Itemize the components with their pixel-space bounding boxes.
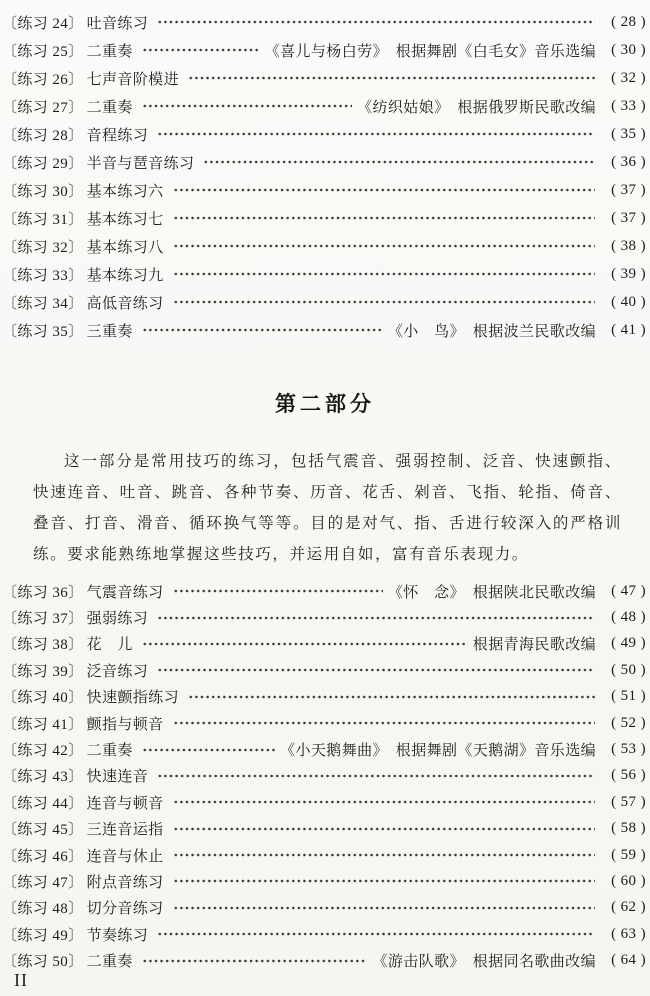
- toc-dot-leader: [142, 44, 260, 56]
- toc-entry-title: 高低音练习: [87, 292, 164, 313]
- toc-entry-title: 半音与琶音练习: [87, 152, 195, 173]
- toc-entry-page: ( 64 ): [600, 952, 646, 969]
- toc-dot-leader: [142, 324, 383, 336]
- toc-entry-page: ( 37 ): [600, 210, 646, 227]
- toc-entry-page: ( 60 ): [600, 873, 646, 890]
- toc-entry: 〔练习 42〕 二重奏 《小天鹅舞曲》 根据舞剧《天鹅湖》音乐选编 ( 53 ): [0, 736, 650, 762]
- toc-entry-title: 快速颤指练习: [87, 686, 179, 707]
- toc-entry-page: ( 51 ): [600, 688, 646, 705]
- toc-dot-leader: [142, 100, 352, 112]
- toc-entry-number: 〔练习 28〕: [2, 124, 84, 145]
- toc-dot-leader: [157, 928, 595, 940]
- toc-entry-page: ( 62 ): [600, 899, 646, 916]
- toc-entry-annotation: 《怀 念》 根据陕北民歌改编: [388, 581, 596, 602]
- toc-entry: 〔练习 46〕 连音与休止 ( 59 ): [0, 842, 650, 868]
- toc-dot-leader: [188, 691, 595, 703]
- section-intro-paragraph: 这一部分是常用技巧的练习，包括气震音、强弱控制、泛音、快速颤指、快速连音、吐音、…: [33, 446, 622, 570]
- toc-entry-title: 基本练习六: [87, 180, 164, 201]
- toc-entry: 〔练习 28〕 音程练习 ( 35 ): [0, 120, 650, 148]
- toc-entry-page: ( 57 ): [600, 794, 646, 811]
- toc-entry-annotation: 《纺织姑娘》 根据俄罗斯民歌改编: [357, 96, 596, 117]
- toc-entry-title: 三重奏: [87, 320, 133, 341]
- toc-dot-leader: [157, 770, 595, 782]
- toc-dot-leader: [142, 955, 368, 967]
- toc-dot-leader: [173, 796, 595, 808]
- toc-entry-page: ( 41 ): [600, 322, 646, 339]
- toc-entry-page: ( 56 ): [600, 767, 646, 784]
- toc-entry-number: 〔练习 49〕: [2, 924, 84, 945]
- toc-entry-page: ( 36 ): [600, 154, 646, 171]
- toc-entry-title: 气震音练习: [87, 581, 164, 602]
- toc-dot-leader: [203, 156, 595, 168]
- toc-entry-number: 〔练习 39〕: [2, 660, 84, 681]
- toc-entry-number: 〔练习 47〕: [2, 871, 84, 892]
- toc-entry-title: 连音与休止: [87, 845, 164, 866]
- toc-entry-annotation: 《小 鸟》 根据波兰民歌改编: [388, 320, 596, 341]
- toc-entry-title: 节奏练习: [87, 924, 149, 945]
- toc-dot-leader: [173, 823, 595, 835]
- toc-entry-title: 泛音练习: [87, 660, 149, 681]
- toc-entry: 〔练习 49〕 节奏练习 ( 63 ): [0, 921, 650, 947]
- toc-entry-annotation: 《游击队歌》 根据同名歌曲改编: [372, 950, 596, 971]
- toc-entry: 〔练习 27〕 二重奏 《纺织姑娘》 根据俄罗斯民歌改编 ( 33 ): [0, 92, 650, 120]
- toc-entry-page: ( 40 ): [600, 294, 646, 311]
- toc-entry-title: 基本练习九: [87, 264, 164, 285]
- toc-dot-leader: [173, 296, 595, 308]
- toc-entry-number: 〔练习 33〕: [2, 264, 84, 285]
- toc-entry-page: ( 35 ): [600, 126, 646, 143]
- book-page: 〔练习 24〕 吐音练习 ( 28 ) 〔练习 25〕 二重奏 《喜儿与杨白劳》…: [0, 0, 650, 996]
- toc-entry: 〔练习 44〕 连音与顿音 ( 57 ): [0, 789, 650, 815]
- toc-entry-page: ( 52 ): [600, 715, 646, 732]
- toc-entry: 〔练习 37〕 强弱练习 ( 48 ): [0, 604, 650, 630]
- toc-dot-leader: [173, 875, 595, 887]
- toc-entry-number: 〔练习 38〕: [2, 633, 84, 654]
- toc-part1-list: 〔练习 24〕 吐音练习 ( 28 ) 〔练习 25〕 二重奏 《喜儿与杨白劳》…: [0, 0, 650, 344]
- toc-entry: 〔练习 32〕 基本练习八 ( 38 ): [0, 232, 650, 260]
- toc-entry: 〔练习 45〕 三连音运指 ( 58 ): [0, 816, 650, 842]
- toc-entry: 〔练习 36〕 气震音练习 《怀 念》 根据陕北民歌改编 ( 47 ): [0, 578, 650, 604]
- toc-entry-page: ( 28 ): [600, 14, 646, 31]
- toc-entry-number: 〔练习 34〕: [2, 292, 84, 313]
- toc-entry-number: 〔练习 42〕: [2, 739, 84, 760]
- toc-entry: 〔练习 50〕 二重奏 《游击队歌》 根据同名歌曲改编 ( 64 ): [0, 947, 650, 973]
- toc-entry-page: ( 59 ): [600, 847, 646, 864]
- toc-entry-number: 〔练习 27〕: [2, 96, 84, 117]
- toc-dot-leader: [173, 849, 595, 861]
- toc-dot-leader: [157, 128, 595, 140]
- toc-entry: 〔练习 24〕 吐音练习 ( 28 ): [0, 8, 650, 36]
- toc-entry: 〔练习 35〕 三重奏 《小 鸟》 根据波兰民歌改编 ( 41 ): [0, 316, 650, 344]
- toc-entry: 〔练习 41〕 颤指与顿音 ( 52 ): [0, 710, 650, 736]
- toc-entry-title: 连音与顿音: [87, 792, 164, 813]
- toc-entry-title: 快速连音: [87, 765, 149, 786]
- toc-dot-leader: [173, 268, 595, 280]
- toc-entry-page: ( 33 ): [600, 98, 646, 115]
- page-number-footer: II: [14, 970, 28, 991]
- toc-entry: 〔练习 34〕 高低音练习 ( 40 ): [0, 288, 650, 316]
- toc-entry-title: 二重奏: [87, 739, 133, 760]
- toc-entry-title: 音程练习: [87, 124, 149, 145]
- toc-entry-title: 吐音练习: [87, 12, 149, 33]
- toc-dot-leader: [157, 612, 595, 624]
- toc-entry-number: 〔练习 30〕: [2, 180, 84, 201]
- toc-entry-number: 〔练习 37〕: [2, 607, 84, 628]
- toc-entry-title: 基本练习七: [87, 208, 164, 229]
- toc-entry-number: 〔练习 40〕: [2, 686, 84, 707]
- toc-entry-number: 〔练习 50〕: [2, 950, 84, 971]
- toc-entry: 〔练习 47〕 附点音练习 ( 60 ): [0, 868, 650, 894]
- toc-entry: 〔练习 43〕 快速连音 ( 56 ): [0, 763, 650, 789]
- toc-entry: 〔练习 33〕 基本练习九 ( 39 ): [0, 260, 650, 288]
- toc-entry-title: 二重奏: [87, 950, 133, 971]
- toc-entry-number: 〔练习 26〕: [2, 68, 84, 89]
- toc-part2-list: 〔练习 36〕 气震音练习 《怀 念》 根据陕北民歌改编 ( 47 ) 〔练习 …: [0, 578, 650, 974]
- toc-entry-page: ( 47 ): [600, 583, 646, 600]
- toc-entry-page: ( 32 ): [600, 70, 646, 87]
- toc-dot-leader: [173, 240, 595, 252]
- toc-entry: 〔练习 31〕 基本练习七 ( 37 ): [0, 204, 650, 232]
- toc-entry-title: 花 儿: [87, 633, 133, 654]
- toc-entry-annotation: 《喜儿与杨白劳》 根据舞剧《白毛女》音乐选编: [265, 40, 596, 61]
- toc-entry: 〔练习 39〕 泛音练习 ( 50 ): [0, 657, 650, 683]
- toc-entry-number: 〔练习 35〕: [2, 320, 84, 341]
- toc-dot-leader: [142, 744, 275, 756]
- toc-dot-leader: [157, 16, 595, 28]
- toc-entry-title: 二重奏: [87, 96, 133, 117]
- toc-dot-leader: [157, 664, 595, 676]
- toc-entry-page: ( 49 ): [600, 635, 646, 652]
- toc-entry-page: ( 58 ): [600, 820, 646, 837]
- toc-entry-number: 〔练习 41〕: [2, 713, 84, 734]
- toc-entry-number: 〔练习 48〕: [2, 897, 84, 918]
- toc-entry-title: 附点音练习: [87, 871, 164, 892]
- toc-entry-number: 〔练习 43〕: [2, 765, 84, 786]
- toc-entry: 〔练习 26〕 七声音阶模进 ( 32 ): [0, 64, 650, 92]
- toc-entry-number: 〔练习 25〕: [2, 40, 84, 61]
- toc-entry-title: 强弱练习: [87, 607, 149, 628]
- toc-entry-title: 三连音运指: [87, 818, 164, 839]
- toc-entry-number: 〔练习 24〕: [2, 12, 84, 33]
- toc-entry-annotation: 《小天鹅舞曲》 根据舞剧《天鹅湖》音乐选编: [280, 739, 596, 760]
- toc-entry-page: ( 63 ): [600, 926, 646, 943]
- toc-entry-title: 颤指与顿音: [87, 713, 164, 734]
- toc-entry-page: ( 30 ): [600, 42, 646, 59]
- toc-entry-page: ( 53 ): [600, 741, 646, 758]
- toc-dot-leader: [188, 72, 595, 84]
- toc-entry: 〔练习 48〕 切分音练习 ( 62 ): [0, 895, 650, 921]
- section-title: 第二部分: [0, 390, 650, 420]
- toc-entry-number: 〔练习 46〕: [2, 845, 84, 866]
- toc-entry-title: 二重奏: [87, 40, 133, 61]
- toc-entry-number: 〔练习 32〕: [2, 236, 84, 257]
- toc-entry-page: ( 48 ): [600, 609, 646, 626]
- toc-dot-leader: [173, 717, 595, 729]
- toc-dot-leader: [173, 184, 595, 196]
- toc-entry-number: 〔练习 31〕: [2, 208, 84, 229]
- toc-entry-title: 七声音阶模进: [87, 68, 179, 89]
- toc-entry-number: 〔练习 44〕: [2, 792, 84, 813]
- toc-entry-title: 切分音练习: [87, 897, 164, 918]
- toc-entry: 〔练习 29〕 半音与琶音练习 ( 36 ): [0, 148, 650, 176]
- toc-entry-number: 〔练习 29〕: [2, 152, 84, 173]
- toc-entry: 〔练习 40〕 快速颤指练习 ( 51 ): [0, 684, 650, 710]
- toc-entry-number: 〔练习 36〕: [2, 581, 84, 602]
- toc-entry-page: ( 38 ): [600, 238, 646, 255]
- toc-entry-number: 〔练习 45〕: [2, 818, 84, 839]
- toc-entry-annotation: 根据青海民歌改编: [473, 633, 596, 654]
- toc-entry-page: ( 39 ): [600, 266, 646, 283]
- toc-entry: 〔练习 25〕 二重奏 《喜儿与杨白劳》 根据舞剧《白毛女》音乐选编 ( 30 …: [0, 36, 650, 64]
- toc-dot-leader: [173, 902, 595, 914]
- toc-entry: 〔练习 30〕 基本练习六 ( 37 ): [0, 176, 650, 204]
- toc-entry: 〔练习 38〕 花 儿 根据青海民歌改编 ( 49 ): [0, 631, 650, 657]
- toc-entry-title: 基本练习八: [87, 236, 164, 257]
- toc-dot-leader: [173, 212, 595, 224]
- toc-entry-page: ( 37 ): [600, 182, 646, 199]
- toc-entry-page: ( 50 ): [600, 662, 646, 679]
- toc-dot-leader: [142, 638, 468, 650]
- toc-dot-leader: [173, 585, 383, 597]
